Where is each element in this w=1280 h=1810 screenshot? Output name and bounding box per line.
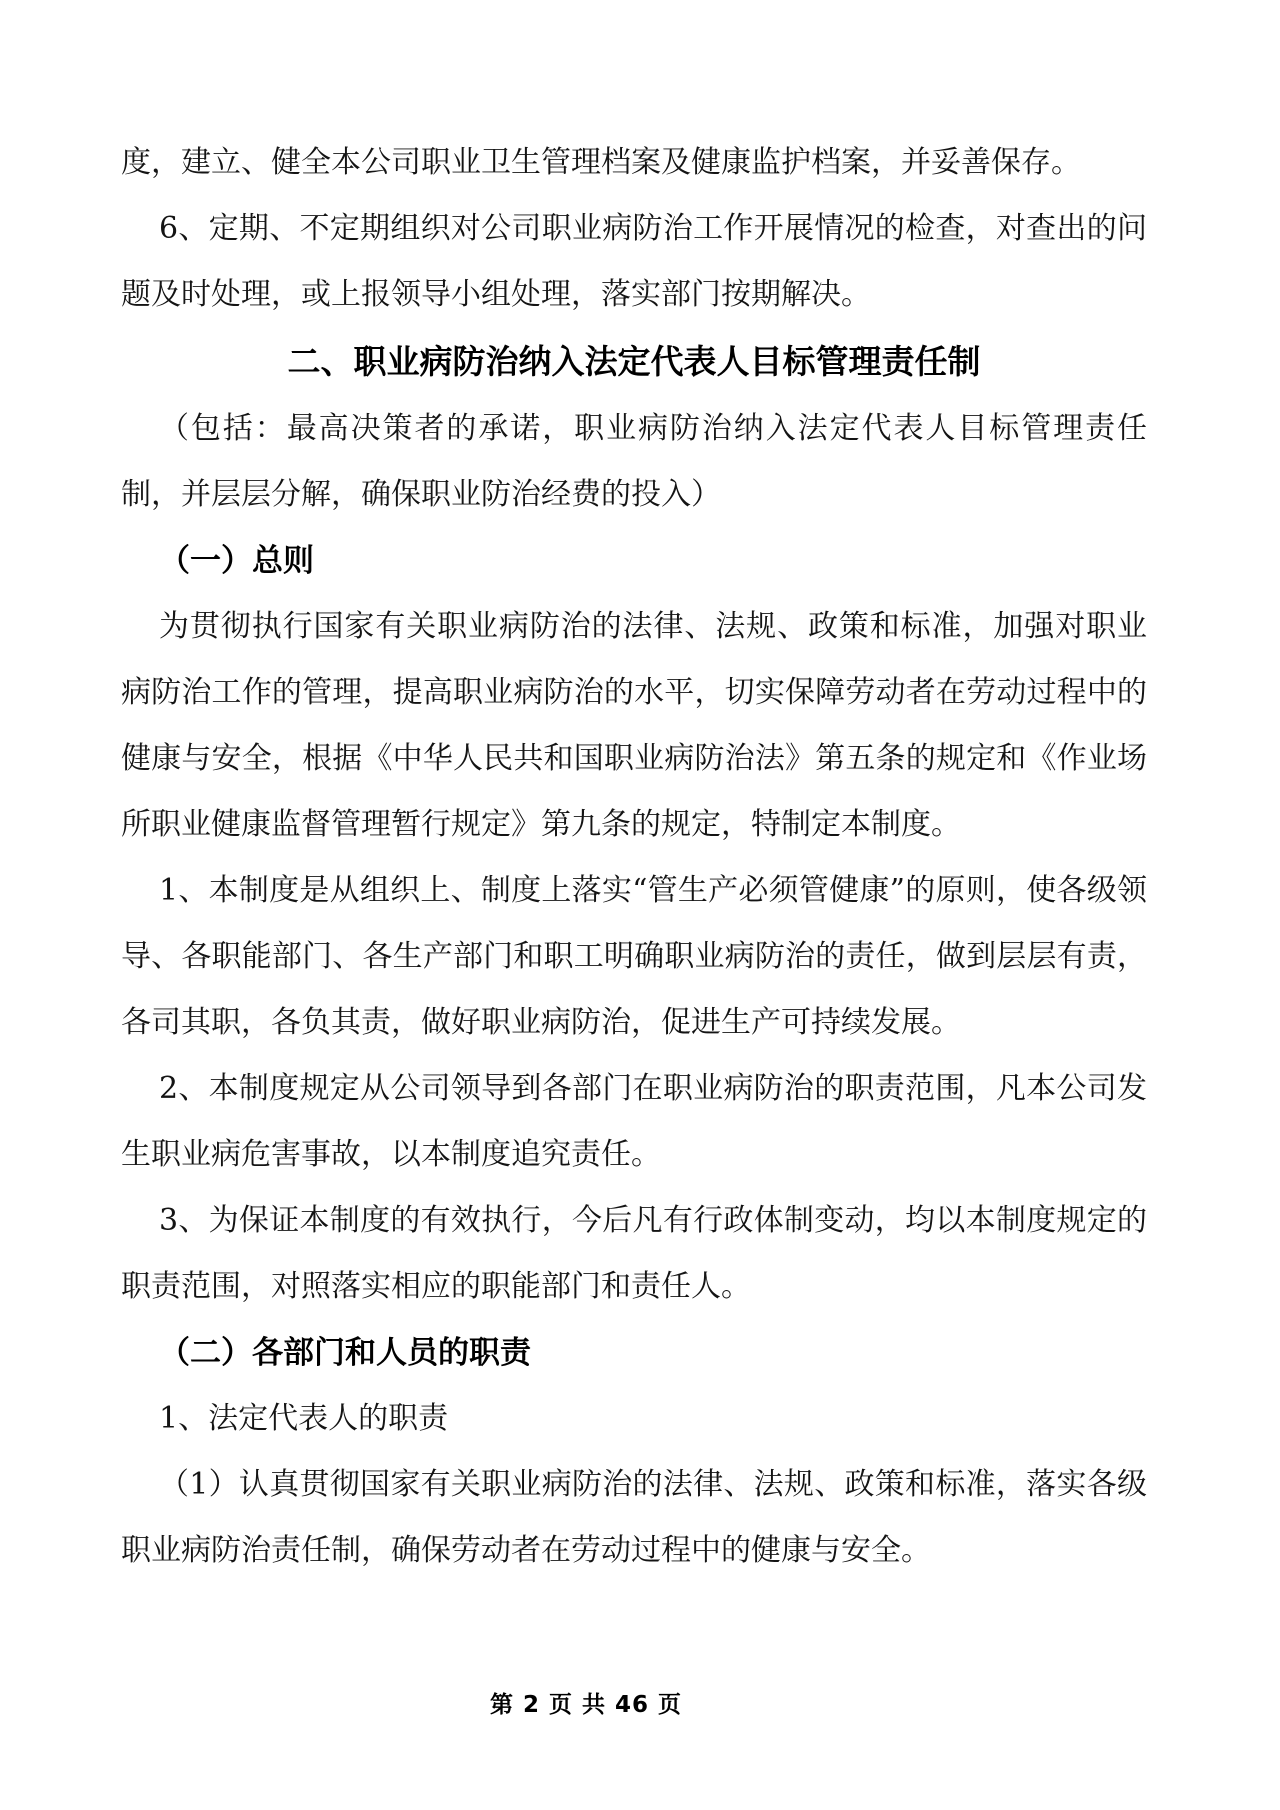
- paragraph: （包括：最高决策者的承诺，职业病防治纳入法定代表人目标管理责任制，并层层分解，确…: [121, 396, 1147, 528]
- section-heading: 二、职业病防治纳入法定代表人目标管理责任制: [121, 328, 1147, 396]
- page-number: 第 2 页 共 46 页: [490, 1692, 682, 1718]
- paragraph: （1）认真贯彻国家有关职业病防治的法律、法规、政策和标准，落实各级职业病防治责任…: [121, 1452, 1147, 1584]
- subsection-heading: （二）各部门和人员的职责: [121, 1320, 1147, 1386]
- paragraph: 度，建立、健全本公司职业卫生管理档案及健康监护档案，并妥善保存。: [121, 130, 1147, 196]
- paragraph: 6、定期、不定期组织对公司职业病防治工作开展情况的检查，对查出的问题及时处理，或…: [121, 196, 1147, 328]
- subsection-heading: （一）总则: [121, 528, 1147, 594]
- paragraph: 2、本制度规定从公司领导到各部门在职业病防治的职责范围，凡本公司发生职业病危害事…: [121, 1056, 1147, 1188]
- paragraph: 3、为保证本制度的有效执行，今后凡有行政体制变动，均以本制度规定的职责范围，对照…: [121, 1188, 1147, 1320]
- paragraph: 1、本制度是从组织上、制度上落实“管生产必须管健康”的原则，使各级领导、各职能部…: [121, 858, 1147, 1056]
- document-page: 度，建立、健全本公司职业卫生管理档案及健康监护档案，并妥善保存。 6、定期、不定…: [0, 0, 1280, 1810]
- page-footer: 第 2 页 共 46 页: [73, 1686, 1099, 1719]
- paragraph: 为贯彻执行国家有关职业病防治的法律、法规、政策和标准，加强对职业病防治工作的管理…: [121, 594, 1147, 858]
- document-body: 度，建立、健全本公司职业卫生管理档案及健康监护档案，并妥善保存。 6、定期、不定…: [121, 130, 1147, 1584]
- paragraph: 1、法定代表人的职责: [121, 1386, 1147, 1452]
